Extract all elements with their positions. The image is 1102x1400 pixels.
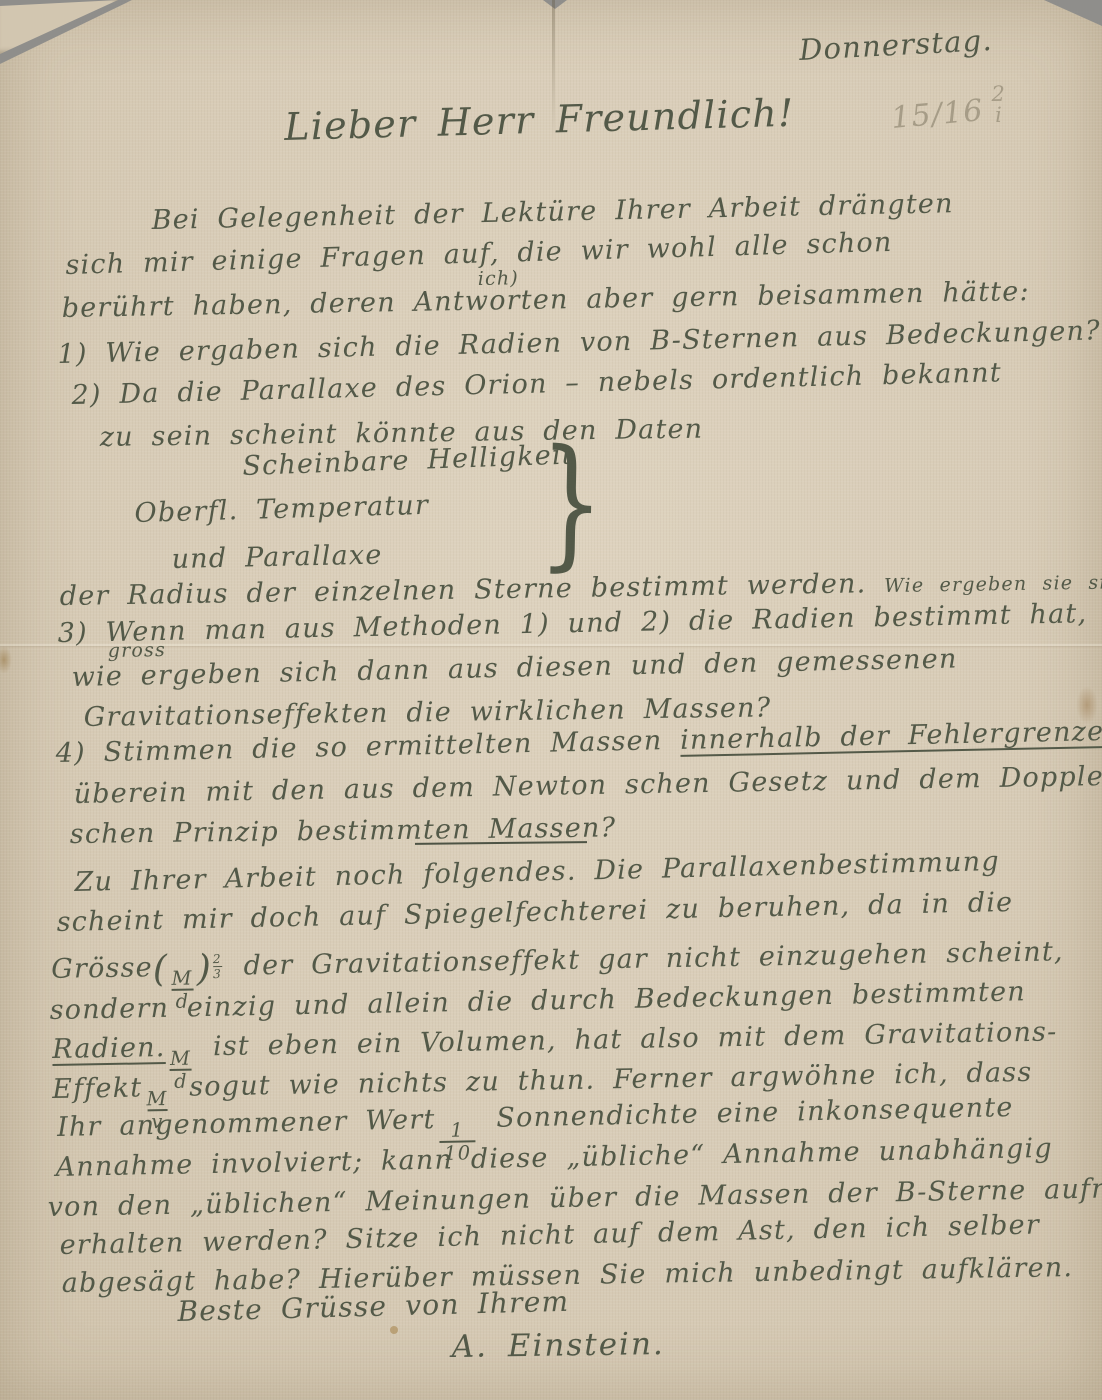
fraction-numerator: M [170, 1048, 191, 1069]
open-paren: ( [152, 947, 167, 990]
list-item-und-parallaxe: und Parallaxe [171, 539, 383, 577]
question-4-line-2: überein mit den aus dem Newton schen Ges… [73, 760, 1102, 812]
pencil-mark: 2i [991, 84, 1006, 126]
question-3-line-2a: wie [71, 661, 123, 693]
intro-line-3: berührt haben, deren Antworten aber gern… [61, 275, 1030, 326]
exponent-two-thirds: 23 [213, 953, 222, 979]
body-line-3b: der Gravitationseffekt gar nicht einzuge… [243, 936, 1064, 981]
pencil-mark-bottom: i [995, 105, 1003, 126]
salutation: Lieber Herr Freundlich! [284, 90, 795, 152]
pencil-page-note: 15/16 [890, 92, 985, 137]
list-brace: } [538, 444, 605, 563]
paper-stain [390, 1326, 398, 1334]
fold-notch-top [543, 0, 567, 9]
signature: A. Einstein. [451, 1325, 665, 1367]
question-4-line-3: schen Prinzip bestimmten Massen? [70, 811, 617, 851]
exponent-numerator: 2 [213, 953, 222, 965]
afterlist-tail: Wie ergeben sie sich? [884, 571, 1102, 597]
body-line-5a-underlined: Radien. [52, 1032, 166, 1065]
exponent-denominator: 3 [213, 966, 222, 980]
close-paren: ) [196, 946, 211, 989]
fraction-numerator: M [171, 968, 192, 989]
letter-page: Donnerstag. 15/16 2i Lieber Herr Freundl… [0, 0, 1102, 1400]
intro-line-3b: aber gern beisammen hätte: [586, 276, 1030, 315]
body-line-3a: Grösse [51, 952, 153, 985]
question-3-line-2b: ergeben sich dann aus diesen und den gem… [140, 643, 957, 691]
fraction-numerator: 1 [450, 1120, 464, 1141]
body-line-7a: Ihr angenommener Wert [57, 1104, 436, 1143]
date-line: Donnerstag. [798, 22, 994, 68]
question-3-line-2: wie ergeben sich dann aus diesen und den… [71, 642, 958, 694]
body-line-6a: Effekt [52, 1072, 143, 1105]
list-item-oberfl-temperatur: Oberfl. Temperatur [134, 489, 429, 531]
question-4-underlined-phrase: innerhalb der Fehlergrenzen [680, 716, 1102, 756]
paper-stain [0, 646, 12, 674]
pencil-mark-top: 2 [991, 84, 1006, 105]
fraction-numerator: M [146, 1089, 167, 1110]
intro-line-3a: berührt haben, deren Antworten [61, 284, 568, 324]
body-line-5b: ist eben ein Volumen, hat also mit dem G… [213, 1016, 1058, 1062]
torn-corner-top-right [1044, 0, 1102, 26]
